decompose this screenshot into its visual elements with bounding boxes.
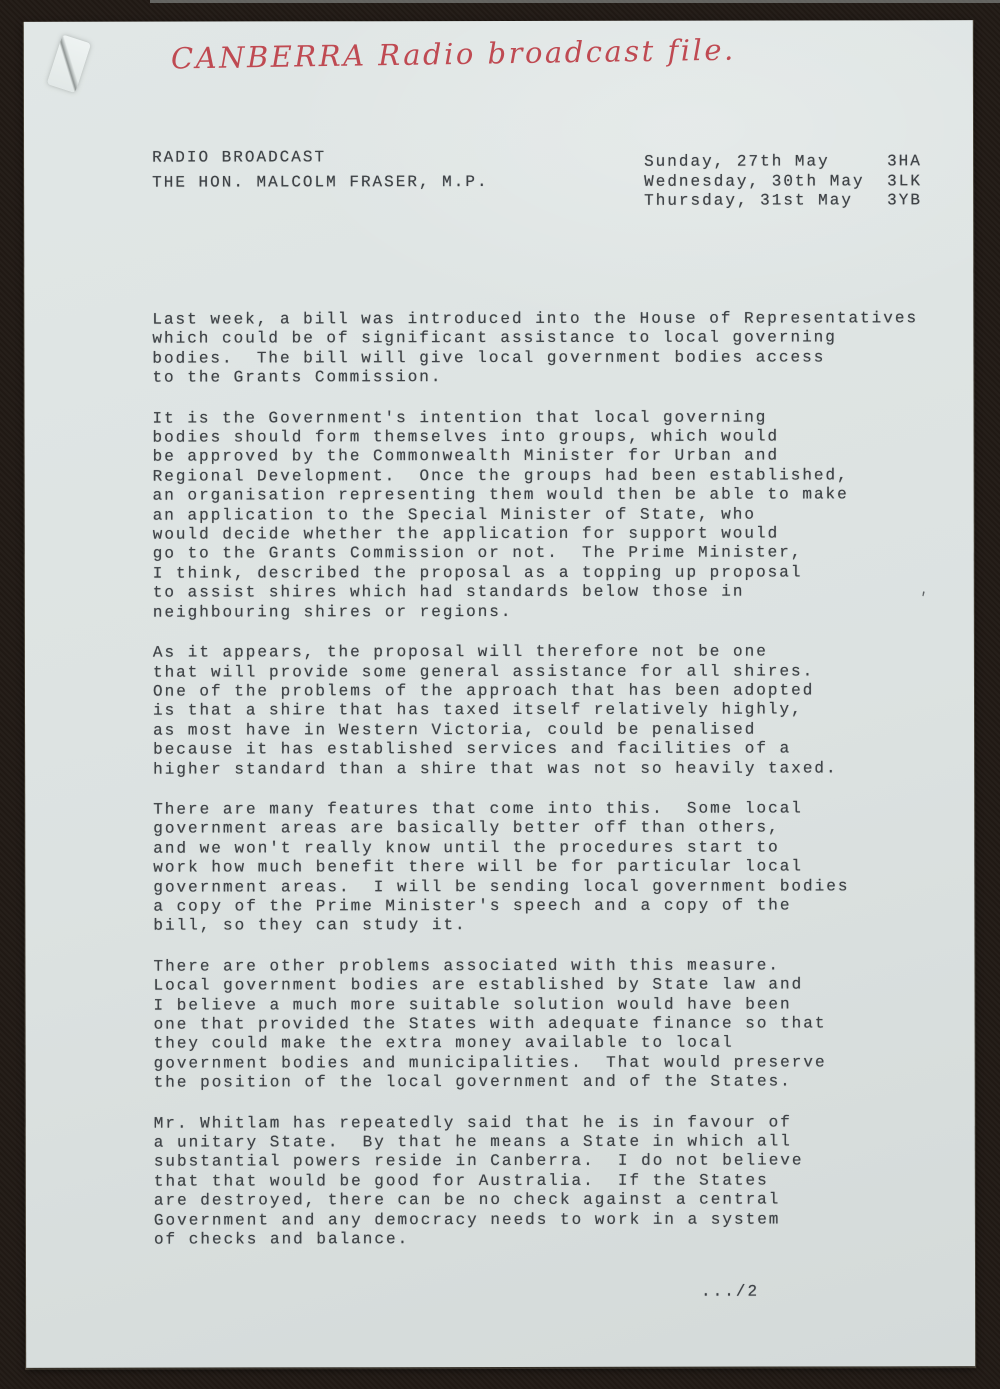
paragraph-5: There are other problems associated with…: [153, 956, 953, 1093]
paragraph-1: Last week, a bill was introduced into th…: [152, 309, 952, 388]
handwritten-annotation: CANBERRA Radio broadcast file.: [171, 33, 731, 76]
paragraph-3: As it appears, the proposal will therefo…: [153, 642, 953, 779]
schedule-station: 3HA: [887, 152, 922, 172]
background-paper-edge: [150, 0, 1000, 3]
schedule-row: Wednesday, 30th May 3LK: [644, 172, 922, 192]
paragraph-6: Mr. Whitlam has repeatedly said that he …: [154, 1113, 954, 1250]
schedule-date: Wednesday, 30th May: [644, 172, 887, 192]
schedule-station: 3YB: [887, 191, 922, 211]
document-header: RADIO BROADCAST THE HON. MALCOLM FRASER,…: [152, 144, 943, 212]
document-page: CANBERRA Radio broadcast file. RADIO BRO…: [24, 20, 975, 1368]
page-continuation-marker: .../2: [701, 1283, 954, 1301]
paragraph-2: It is the Government's intention that lo…: [153, 408, 953, 623]
schedule-station: 3LK: [887, 172, 922, 192]
schedule-date: Sunday, 27th May: [644, 152, 887, 172]
header-left-block: RADIO BROADCAST THE HON. MALCOLM FRASER,…: [152, 145, 644, 196]
document-speaker: THE HON. MALCOLM FRASER, M.P.: [152, 170, 644, 196]
schedule-date: Thursday, 31st May: [644, 191, 887, 211]
schedule-row: Sunday, 27th May 3HA: [644, 152, 922, 172]
schedule-row: Thursday, 31st May 3YB: [644, 191, 922, 211]
broadcast-schedule: Sunday, 27th May 3HA Wednesday, 30th May…: [644, 144, 922, 211]
document-body: Last week, a bill was introduced into th…: [152, 309, 954, 1302]
paragraph-4: There are many features that come into t…: [153, 799, 953, 936]
document-title: RADIO BROADCAST: [152, 145, 644, 171]
staple-mark: [47, 34, 92, 93]
